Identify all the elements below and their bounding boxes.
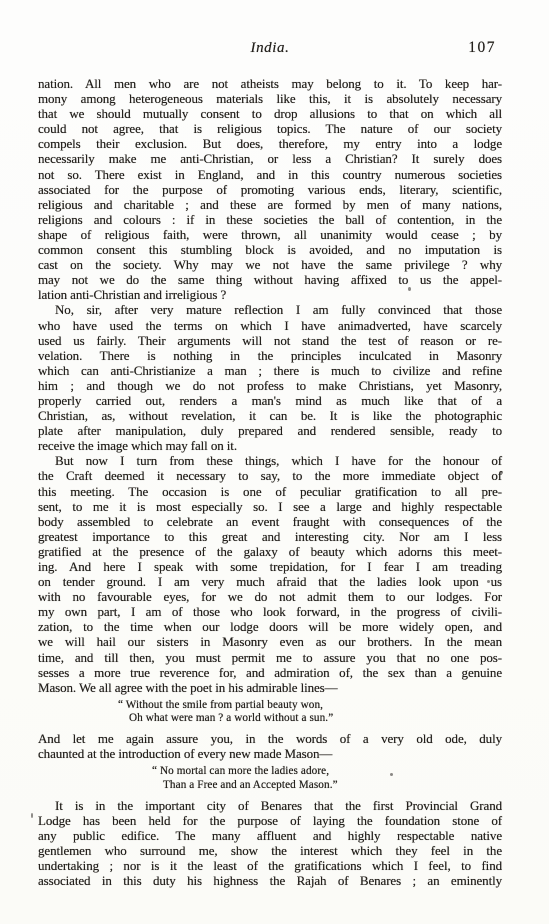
text-line: him ; and though we do not profess to ma…	[38, 378, 502, 393]
text-line: my own part, I am of those who look forw…	[38, 604, 502, 619]
text-line: lation anti-Christian and irreligious ?	[38, 287, 502, 302]
text-line: could not agree, that is religious topic…	[38, 121, 502, 136]
text-line: zation, to the time when our lodge doors…	[38, 619, 502, 634]
verse-quote: “ No mortal can more the ladies adore,Th…	[38, 765, 502, 791]
running-title: India.	[38, 40, 502, 57]
text-line: plate after manipulation, duly prepared …	[38, 423, 502, 438]
text-line: the Craft deemed it necessary to say, to…	[38, 468, 502, 483]
scan-speck	[390, 773, 393, 776]
text-line: velation. There is nothing in the princi…	[38, 348, 502, 363]
text-line: It is in the important city of Benares t…	[38, 798, 502, 813]
text-line: who have used the terms on which I have …	[38, 318, 502, 333]
text-line: on tender ground. I am very much afraid …	[38, 574, 502, 589]
text-line: body assembled to celebrate an event fra…	[38, 514, 502, 529]
book-page: India. 107 nation. All men who are not a…	[0, 0, 549, 924]
text-line: cast on the society. Why may we not have…	[38, 257, 502, 272]
text-line: this meeting. The occasion is one of pec…	[38, 484, 502, 499]
scan-speck	[31, 813, 33, 818]
text-line: Than a Free and an Accepted Mason.”	[152, 779, 502, 792]
text-line: Mason. We all agree with the poet in his…	[38, 680, 502, 695]
text-line: ing. And here I speak with some trepidat…	[38, 559, 502, 574]
text-line: Lodge has been held for the purpose of l…	[38, 813, 502, 828]
text-line: religious and charitable ; and these are…	[38, 197, 502, 212]
page-text: nation. All men who are not atheists may…	[38, 76, 502, 888]
text-line: gratified at the presence of the galaxy …	[38, 544, 502, 559]
text-line: And let me again assure you, in the word…	[38, 731, 502, 746]
text-line: that we should mutually consent to drop …	[38, 106, 502, 121]
text-line: sesses a more true reverence for, and ad…	[38, 665, 502, 680]
paragraph: No, sir, after very mature reflection I …	[38, 302, 502, 453]
text-line: with no favourable eyes, for we do not a…	[38, 589, 502, 604]
scan-speck	[487, 580, 490, 583]
text-line: which can anti-Christianize a man ; ther…	[38, 363, 502, 378]
paragraph: nation. All men who are not atheists may…	[38, 76, 502, 302]
text-line: any public edifice. The many affluent an…	[38, 828, 502, 843]
text-line: chaunted at the introduction of every ne…	[38, 746, 502, 761]
scan-speck	[500, 471, 503, 474]
text-line: associated for the purpose of promoting …	[38, 182, 502, 197]
text-line: associated in this duty his highness the…	[38, 873, 502, 888]
text-line: Christian, as, without revelation, it ca…	[38, 408, 502, 423]
text-line: “ No mortal can more the ladies adore,	[152, 765, 502, 778]
text-line: properly carried out, renders a man's mi…	[38, 393, 502, 408]
text-line: Oh what were man ? a world without a sun…	[118, 712, 502, 725]
page-number: 107	[468, 39, 496, 57]
text-line: But now I turn from these things, which …	[38, 453, 502, 468]
text-line: mony among heterogeneous materials like …	[38, 91, 502, 106]
text-line: shape of religious faith, were thrown, a…	[38, 227, 502, 242]
text-line: No, sir, after very mature reflection I …	[38, 302, 502, 317]
text-line: common consent this stumbling block is a…	[38, 242, 502, 257]
text-line: sent, to me it is most especially so. I …	[38, 499, 502, 514]
text-line: greatest importance to this great and in…	[38, 529, 502, 544]
text-line: undertaking ; nor is it the least of the…	[38, 858, 502, 873]
text-line: “ Without the smile from partial beauty …	[118, 699, 502, 712]
text-line: gentlemen who surround me, show the inte…	[38, 843, 502, 858]
paragraph: But now I turn from these things, which …	[38, 453, 502, 695]
paragraph: And let me again assure you, in the word…	[38, 731, 502, 761]
text-line: used us fairly. Their arguments will not…	[38, 333, 502, 348]
text-line: nation. All men who are not atheists may…	[38, 76, 502, 91]
text-line: religions and colours : if in these soci…	[38, 212, 502, 227]
scan-speck	[408, 287, 411, 291]
text-line: time, and till then, you must permit me …	[38, 650, 502, 665]
text-line: not so. There exist in England, and in t…	[38, 167, 502, 182]
text-line: receive the image which may fall on it.	[38, 438, 502, 453]
verse-quote: “ Without the smile from partial beauty …	[38, 699, 502, 725]
paragraph: It is in the important city of Benares t…	[38, 798, 502, 889]
text-line: may not we do the same thing without hav…	[38, 272, 502, 287]
page-header: India. 107	[38, 40, 502, 60]
text-line: we will hail our sisters in Masonry even…	[38, 634, 502, 649]
text-line: necessarily make me anti-Christian, or l…	[38, 151, 502, 166]
text-line: compels their exclusion. But does, there…	[38, 136, 502, 151]
